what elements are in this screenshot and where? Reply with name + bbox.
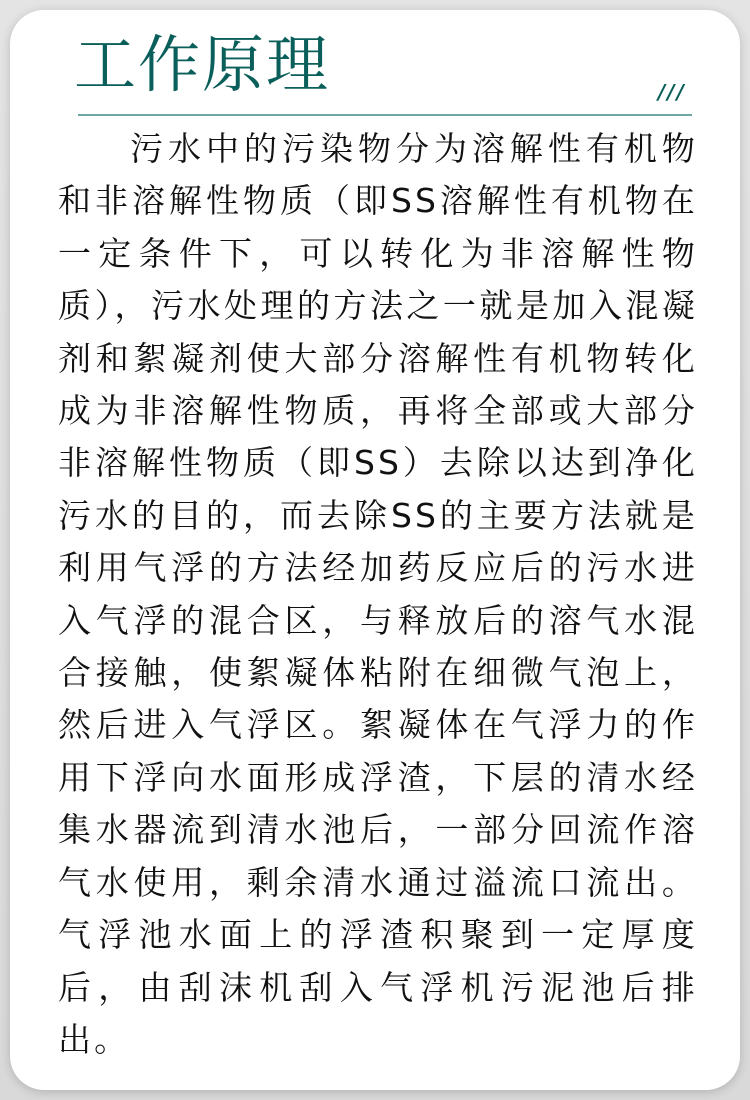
title-divider [78, 114, 692, 116]
page-title: 工作原理 [74, 28, 330, 102]
slash-decoration-icon: /// [658, 80, 686, 104]
body-paragraph: 污水中的污染物分为溶解性有机物和非溶解性物质（即SS溶解性有机物在一定条件下，可… [58, 123, 698, 1066]
